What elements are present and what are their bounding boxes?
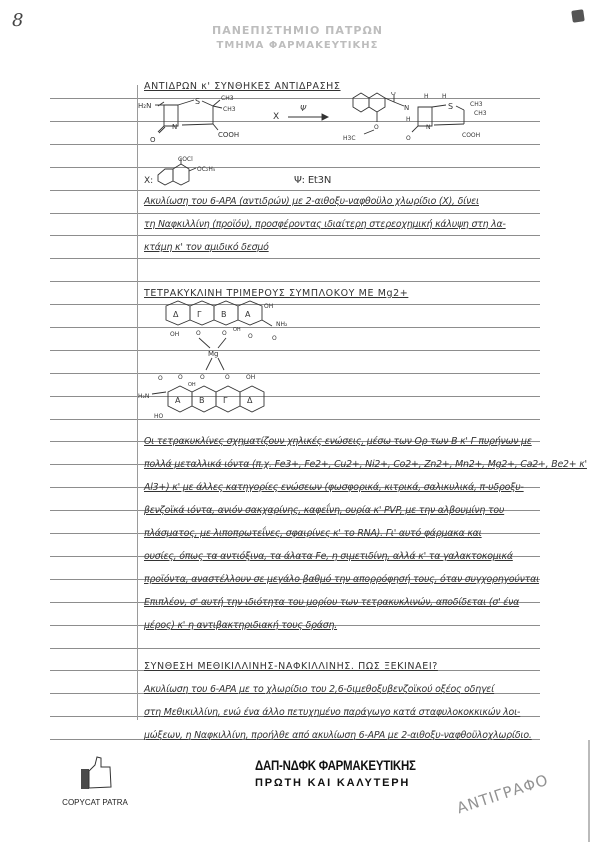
svg-text:HO: HO [154, 413, 164, 420]
svg-text:Α: Α [245, 310, 251, 319]
faded-header-line-2: ΤΜΗΜΑ ΦΑΡΜΑΚΕΥΤΙΚΗΣ [0, 40, 595, 51]
svg-text:OH: OH [246, 374, 255, 381]
svg-text:CH3: CH3 [470, 101, 483, 108]
ruled-line [50, 167, 540, 168]
section1-paragraph-line: Ακυλίωση του 6-APA (αντιδρών) με 2-αιθοξ… [144, 196, 479, 207]
svg-text:O: O [248, 333, 253, 340]
svg-text:Β: Β [221, 310, 227, 319]
x-reagent-structure: X: COCl OC₂H₅ [144, 155, 274, 189]
svg-text:O: O [222, 330, 227, 337]
svg-text:Mg: Mg [208, 350, 218, 358]
ruled-line [50, 648, 540, 649]
section1-heading: ΑΝΤΙΔΡΩΝ κ' ΣΥΝΘΗΚΕΣ ΑΝΤΙΔΡΑΣΗΣ [144, 81, 341, 92]
svg-text:OH: OH [233, 327, 241, 333]
publisher-line-1: ΔΑΠ-ΝΔΦΚ ΦΑΡΜΑΚΕΥΤΙΚΗΣ [255, 758, 416, 773]
svg-text:Δ: Δ [247, 396, 253, 405]
svg-text:CH3: CH3 [223, 106, 236, 113]
svg-text:CH3: CH3 [221, 95, 234, 102]
svg-text:O: O [200, 374, 205, 381]
svg-text:COOH: COOH [218, 131, 239, 139]
x-label: X: [144, 176, 153, 186]
section2-heading: ΤΕΤΡΑΚΥΚΛΙΝΗ ΤΡΙΜΕΡΟΥΣ ΣΥΜΠΛΟΚΟΥ ΜΕ Mg2+ [144, 288, 408, 299]
section2-paragraph-line: προϊόντα, αναστέλλουν σε μεγάλο βαθμό τη… [144, 574, 539, 585]
svg-text:X: X [273, 112, 279, 122]
svg-text:Γ: Γ [197, 310, 202, 319]
svg-text:O: O [406, 135, 411, 142]
corner-mark-icon [571, 9, 585, 23]
section2-paragraph-line: Οι τετρακυκλίνες σχηματίζουν χηλικές ενώ… [144, 436, 532, 447]
svg-text:O: O [196, 330, 201, 337]
svg-text:OH: OH [188, 382, 196, 388]
svg-text:Β: Β [199, 396, 205, 405]
svg-text:Α: Α [175, 396, 181, 405]
svg-text:Δ: Δ [173, 310, 179, 319]
publisher-block: ΔΑΠ-ΝΔΦΚ ΦΑΡΜΑΚΕΥΤΙΚΗΣ ΠΡΩΤΗ ΚΑΙ ΚΑΛΥΤΕΡ… [255, 758, 444, 789]
svg-text:H₂N: H₂N [138, 393, 149, 400]
ruled-line [50, 213, 540, 214]
svg-text:OH: OH [170, 331, 179, 338]
section2-paragraph-line: πολλά μεταλλικά ιόντα (π.χ. Fe3+, Fe2+, … [144, 459, 587, 470]
ruled-line [50, 235, 540, 236]
svg-text:O: O [225, 374, 230, 381]
svg-text:S: S [195, 97, 200, 106]
psi-label: Ψ: Et3N [294, 175, 331, 186]
copycat-logo: COPYCAT PATRA [60, 755, 130, 807]
section2-paragraph-line: Επιπλέον, σ' αυτή την ιδιότητα του μορίο… [144, 597, 519, 608]
svg-text:H: H [442, 93, 447, 100]
copy-stamp: ΑΝΤΙΓΡΑΦΟ [455, 771, 551, 818]
section3-heading: ΣΥΝΘΕΣΗ ΜΕΘΙΚΙΛΛΙΝΗΣ-ΝΑΦΚΙΛΛΙΝΗΣ. ΠΩΣ ΞΕ… [144, 661, 438, 672]
svg-text:O: O [158, 375, 163, 382]
logo-caption: COPYCAT PATRA [60, 798, 130, 807]
svg-text:H₂N: H₂N [138, 102, 151, 110]
ruled-line [50, 190, 540, 191]
svg-text:O: O [272, 335, 277, 342]
svg-text:O: O [391, 92, 396, 97]
svg-text:COOH: COOH [462, 132, 480, 139]
svg-text:N: N [172, 123, 177, 131]
svg-text:O: O [178, 374, 183, 381]
scan-edge [588, 740, 590, 842]
section3-paragraph-line: μώξεων, η Ναφκιλλίνη, προήλθε από ακυλίω… [144, 730, 532, 741]
svg-text:H3C: H3C [343, 135, 356, 142]
svg-text:O: O [374, 124, 379, 131]
publisher-line-2: ΠΡΩΤΗ ΚΑΙ ΚΑΛΥΤΕΡΗ [255, 777, 444, 789]
section1-paragraph-line: τη Ναφκιλλίνη (προϊόν), προσφέροντας ιδι… [144, 219, 506, 230]
section2-paragraph-line: βενζοϊκά ιόντα, ανιόν σακχαρίνης, καφεΐν… [144, 505, 504, 516]
section1-paragraph-line: κτάμη κ' τον αμιδικό δεσμό [144, 242, 269, 253]
faded-header-line-1: ΠΑΝΕΠΙΣΤΗΜΙΟ ΠΑΤΡΩΝ [0, 24, 595, 37]
svg-text:H: H [424, 93, 429, 100]
section2-paragraph-line: πλάσματος, με λιποπρωτεΐνες, σφαιρίνες κ… [144, 528, 482, 539]
ruled-line [50, 281, 540, 282]
section2-paragraph-line: μέρος) κ' η αντιβακτηριδιακή τους δράση. [144, 620, 337, 631]
ruled-line [50, 258, 540, 259]
penicillin-acylation-scheme: H₂N O N S CH3 CH3 COOH X Ψ O N H O H3C H… [138, 92, 538, 152]
svg-text:OH: OH [264, 303, 273, 310]
svg-text:N: N [404, 104, 409, 112]
svg-text:H: H [406, 116, 411, 123]
thumbs-up-icon [75, 755, 115, 791]
svg-text:Ψ: Ψ [300, 104, 307, 113]
svg-text:N: N [426, 124, 431, 131]
svg-text:COCl: COCl [178, 156, 193, 163]
section3-paragraph-line: στη Μεθικιλλίνη, ενώ ένα άλλο πετυχημένο… [144, 707, 520, 718]
section2-paragraph-line: Al3+) κ' με άλλες κατηγορίες ενώσεων (φω… [144, 482, 524, 493]
svg-text:CH3: CH3 [474, 110, 487, 117]
svg-text:Γ: Γ [223, 396, 228, 405]
svg-text:O: O [150, 136, 156, 144]
tetracycline-mg-complex: Δ Γ Β Α OH NH₂ O OH O O OH O Mg O O O O … [138, 300, 338, 440]
section3-paragraph-line: Ακυλίωση του 6-APA με το χλωρίδιο του 2,… [144, 684, 494, 695]
section2-paragraph-line: ουσίες, όπως τα αντιόξινα, τα άλατα Fe, … [144, 551, 513, 562]
svg-text:NH₂: NH₂ [276, 321, 288, 328]
svg-text:S: S [448, 102, 453, 111]
svg-text:OC₂H₅: OC₂H₅ [197, 166, 216, 173]
